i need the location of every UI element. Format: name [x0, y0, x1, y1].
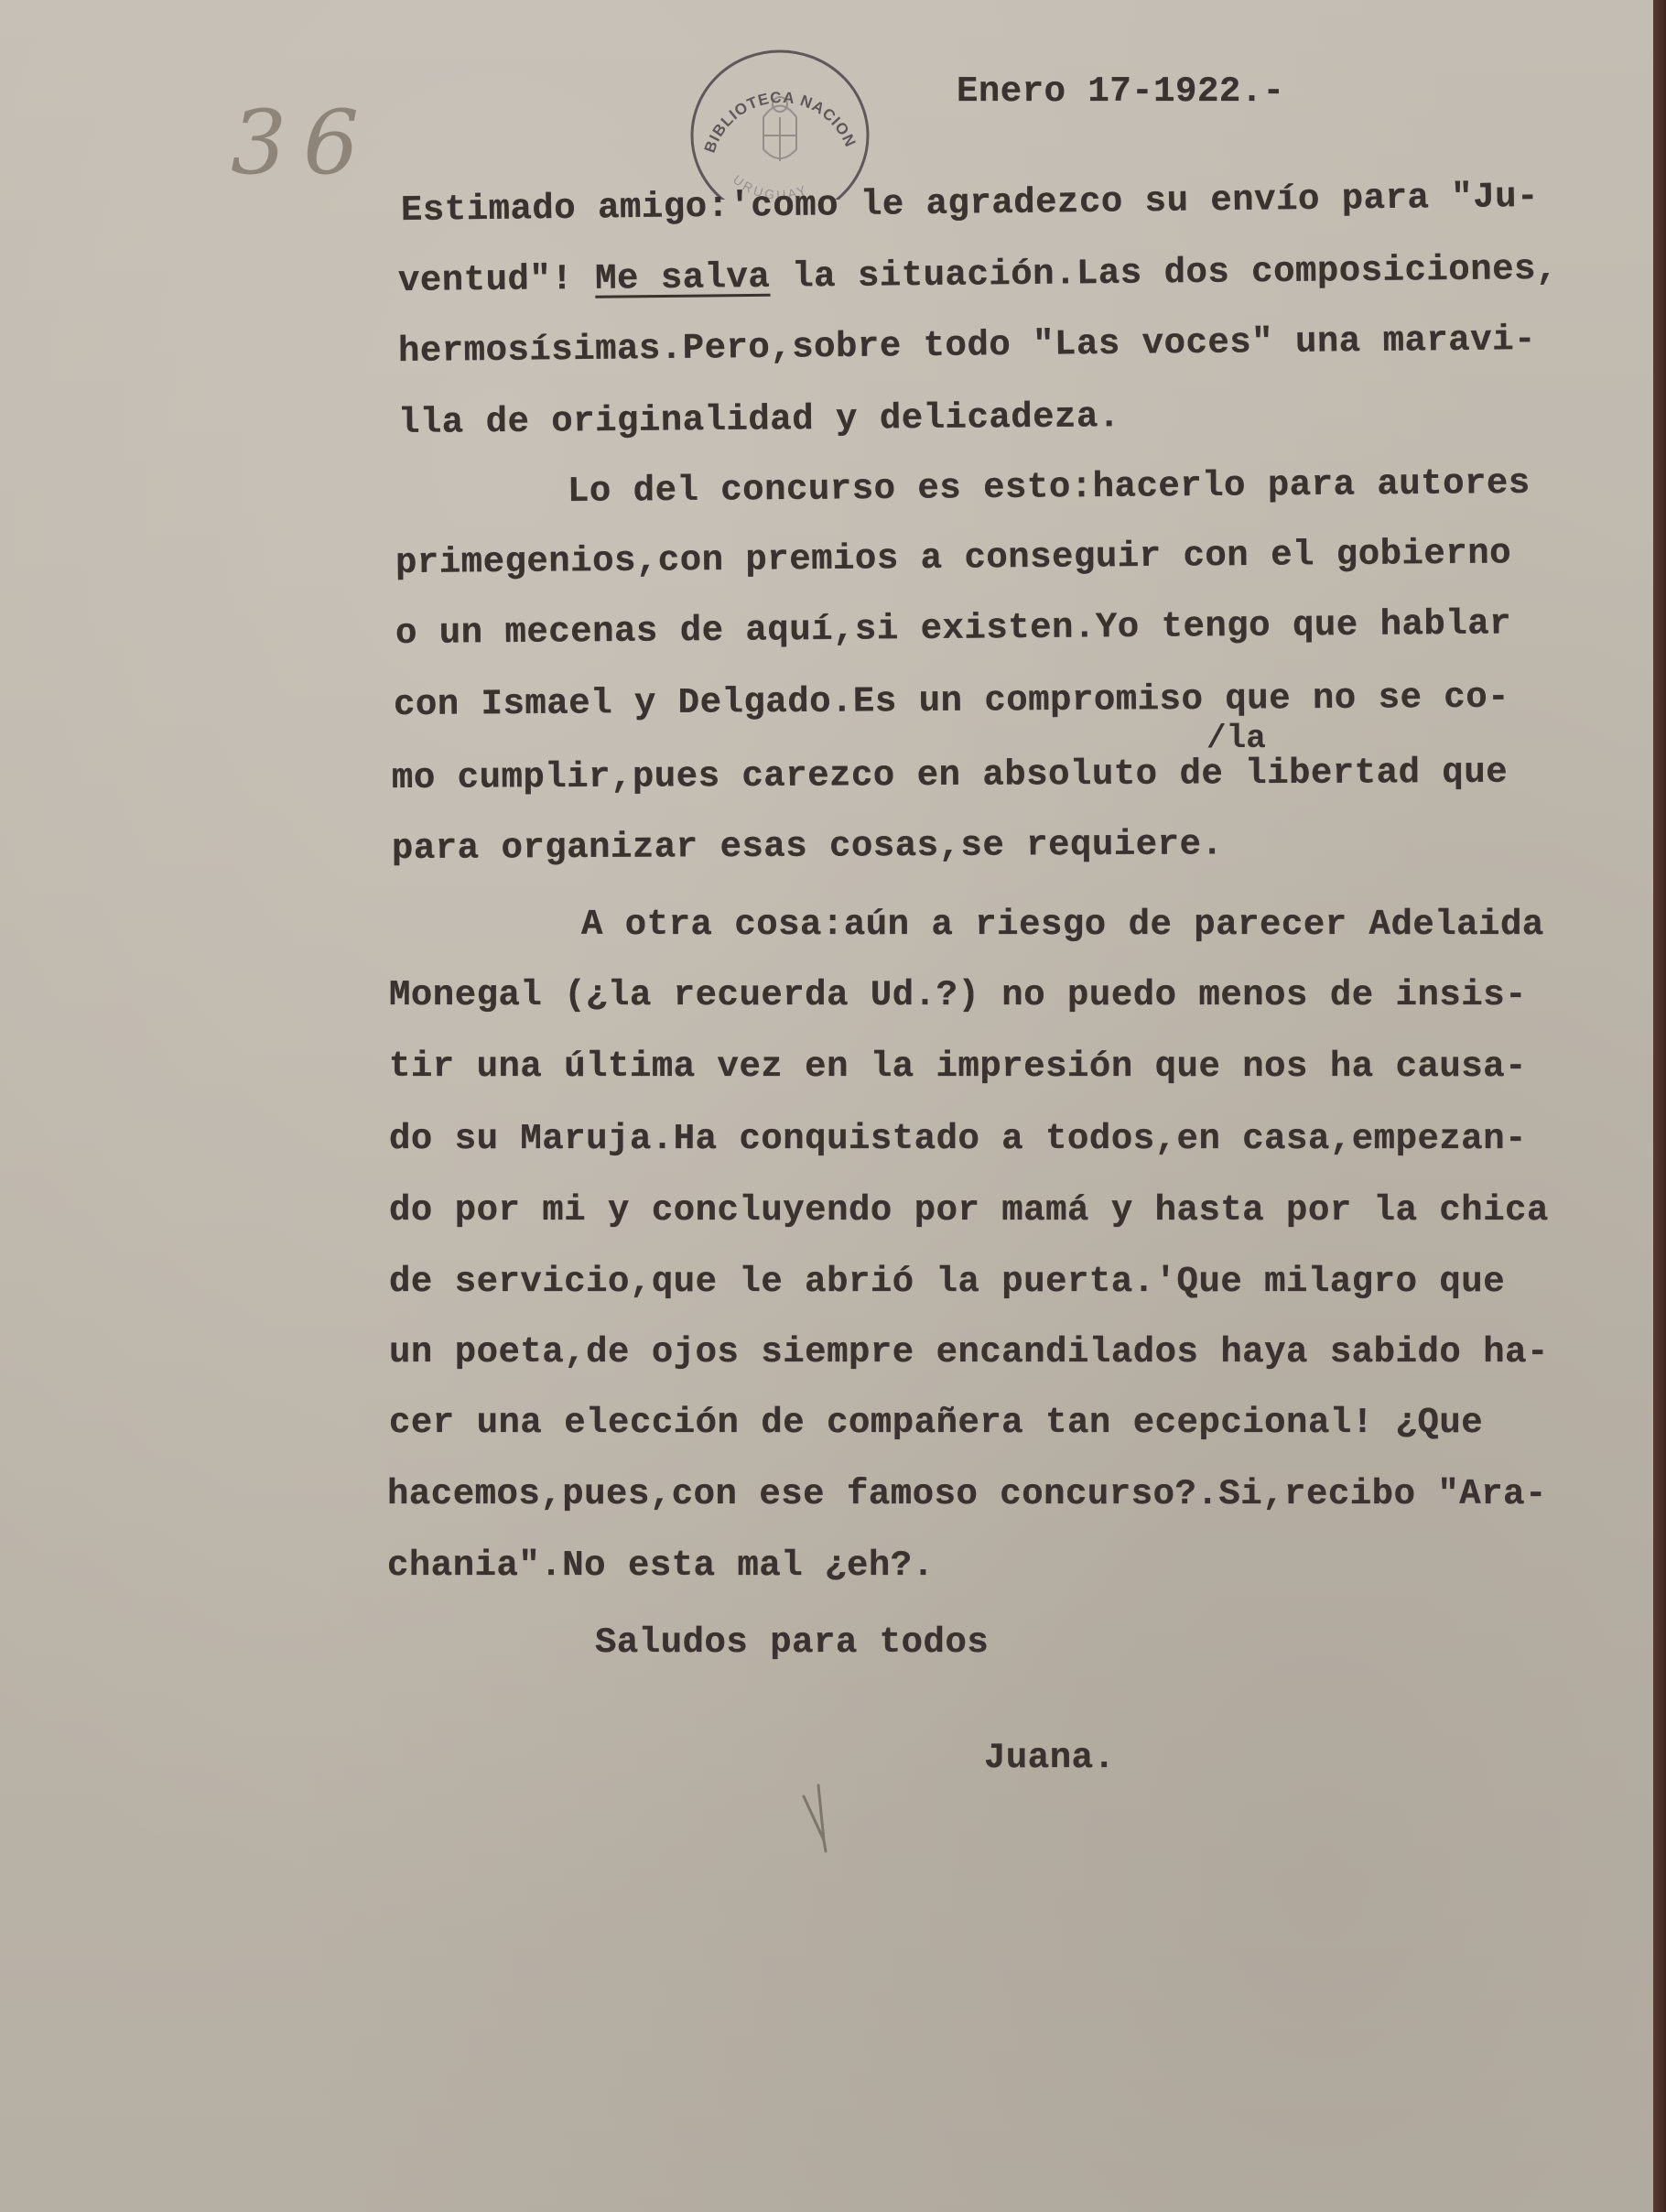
body-line: lla de originalidad y delicadeza. — [398, 396, 1120, 443]
body-line: do por mi y concluyendo por mamá y hasta… — [389, 1190, 1549, 1231]
body-line: A otra cosa:aún a riesgo de parecer Adel… — [581, 905, 1544, 945]
body-line: mo cumplir,pues carezco en absoluto de l… — [392, 753, 1508, 798]
body-line: cer una elección de compañera tan ecepci… — [389, 1403, 1483, 1443]
page-edge-shadow — [1653, 0, 1666, 2212]
signature: Juana. — [984, 1738, 1115, 1778]
underlined-phrase: Me salva — [595, 257, 771, 299]
body-line: un poeta,de ojos siempre encandilados ha… — [389, 1332, 1549, 1372]
letter-date: Enero 17-1922.- — [957, 71, 1285, 112]
library-stamp-icon: BIBLIOTECA NACIONAL URUGUAY — [688, 44, 871, 200]
typed-insertion: /la — [1206, 720, 1266, 757]
body-line: hacemos,pues,con ese famoso concurso?.Si… — [387, 1474, 1547, 1514]
folio-number: 36 — [231, 92, 375, 194]
closing-salutation: Saludos para todos — [595, 1622, 989, 1663]
body-line: do su Maruja.Ha conquistado a todos,en c… — [389, 1119, 1527, 1159]
body-line: Monegal (¿la recuerda Ud.?) no puedo men… — [389, 975, 1527, 1015]
pencil-check-icon — [796, 1776, 851, 1868]
body-line: de servicio,que le abrió la puerta.'Que … — [389, 1262, 1505, 1302]
body-line: para organizar esas cosas,se requiere. — [392, 824, 1224, 869]
body-text: la situación.Las dos composiciones, — [770, 249, 1558, 298]
body-line: chania".No esta mal ¿eh?. — [387, 1545, 935, 1586]
body-line: con Ismael y Delgado.Es un compromiso qu… — [394, 677, 1509, 725]
body-line: tir una última vez en la impresión que n… — [389, 1046, 1527, 1087]
body-text: ventud"! — [398, 259, 596, 301]
body-line: Lo del concurso es esto:hacerlo para aut… — [568, 463, 1531, 512]
